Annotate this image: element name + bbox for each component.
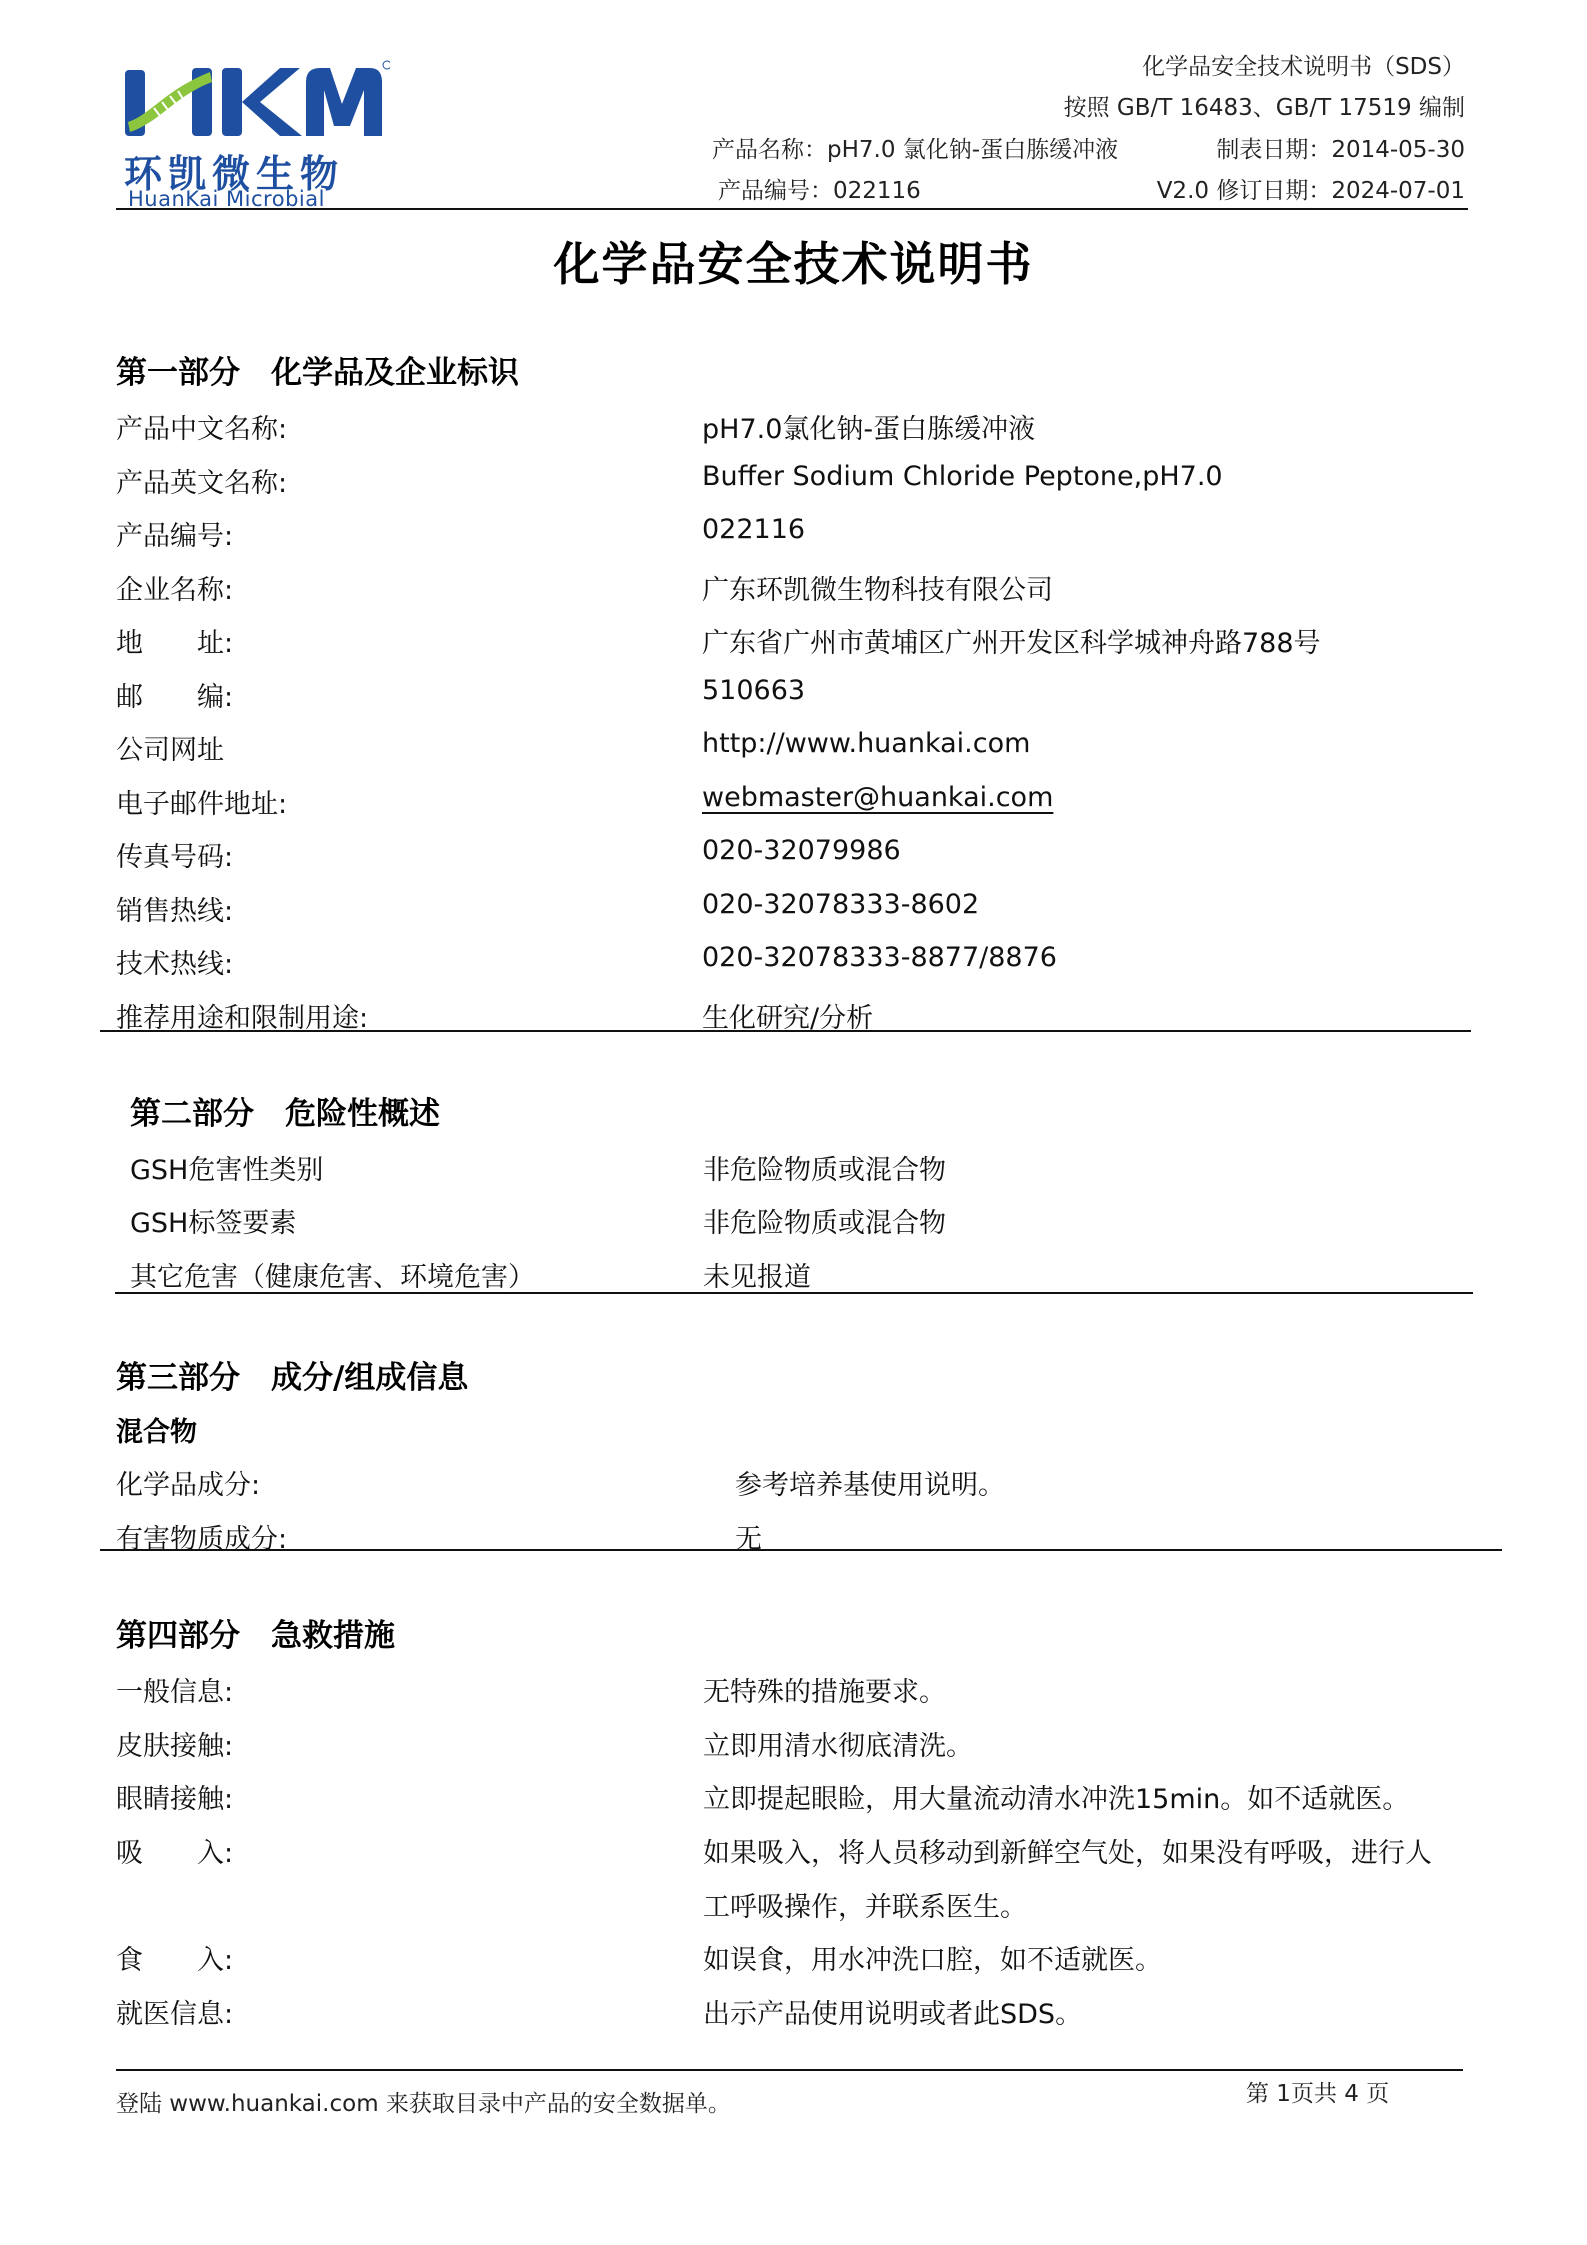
product-name-en-value: Buffer Sodium Chloride Peptone,pH7.0: [702, 461, 1223, 492]
footer-divider: [116, 2069, 1463, 2071]
header-product-name: 产品名称：pH7.0 氯化钠-蛋白胨缓冲液: [712, 131, 1118, 164]
header-product-code-label: 产品编号：: [718, 178, 833, 204]
ingestion-value: 如误食，用水冲洗口腔，如不适就医。: [703, 1938, 1162, 1977]
row-label: GSH危害性类别: [130, 1148, 323, 1187]
hkm-logo-icon: [120, 60, 390, 140]
email-link[interactable]: webmaster@huankai.com: [702, 782, 1053, 813]
header-divider: [116, 208, 1468, 210]
row-label: 一般信息:: [116, 1670, 233, 1709]
fax-value: 020-32079986: [702, 835, 901, 866]
header-created-label: 制表日期：: [1216, 137, 1331, 163]
website-link[interactable]: http://www.huankai.com: [702, 728, 1030, 759]
inhalation-value-continued: 工呼吸操作，并联系医生。: [703, 1885, 1027, 1924]
product-code-value: 022116: [702, 514, 805, 545]
row-label: 就医信息:: [116, 1992, 233, 2031]
header-doc-type: 化学品安全技术说明书（SDS）: [1142, 48, 1465, 81]
section-3-title: 第三部分 成分/组成信息: [116, 1352, 468, 1397]
row-label: 食 入:: [116, 1938, 233, 1977]
section-4-title: 第四部分 急救措施: [116, 1610, 395, 1655]
row-label: 眼睛接触:: [116, 1777, 233, 1816]
header-product-code: 产品编号：022116: [718, 172, 921, 205]
footer-note: 登陆 www.huankai.com 来获取目录中产品的安全数据单。: [116, 2085, 731, 2118]
page-indicator: 第 1页共 4 页: [1246, 2075, 1389, 2108]
sales-hotline-value: 020-32078333-8602: [702, 889, 979, 920]
row-label: 邮 编:: [116, 675, 233, 714]
row-label: 其它危害（健康危害、环境危害）: [130, 1255, 535, 1294]
row-label: GSH标签要素: [130, 1201, 296, 1240]
row-label: 销售热线:: [116, 889, 233, 928]
header-created-value: 2014-05-30: [1331, 137, 1465, 163]
document-title: 化学品安全技术说明书: [0, 228, 1587, 294]
chemical-composition-value: 参考培养基使用说明。: [735, 1463, 1005, 1502]
section-1-title: 第一部分 化学品及企业标识: [116, 347, 519, 392]
header-revision-label: V2.0 修订日期：: [1157, 178, 1332, 204]
header-product-code-value: 022116: [833, 178, 921, 204]
row-label: 传真号码:: [116, 835, 233, 874]
header-created-date: 制表日期：2014-05-30: [1216, 131, 1465, 164]
row-label: 电子邮件地址:: [116, 782, 287, 821]
header-product-name-value: pH7.0 氯化钠-蛋白胨缓冲液: [827, 137, 1118, 163]
row-label: 产品编号:: [116, 514, 233, 553]
general-info-value: 无特殊的措施要求。: [703, 1670, 946, 1709]
ghs-class-value: 非危险物质或混合物: [703, 1148, 946, 1187]
company-name-value: 广东环凯微生物科技有限公司: [702, 568, 1053, 607]
row-label: 公司网址: [116, 728, 224, 767]
header-revision-value: 2024-07-01: [1331, 178, 1465, 204]
row-label: 吸 入:: [116, 1831, 233, 1870]
header-standard: 按照 GB/T 16483、GB/T 17519 编制: [1064, 89, 1465, 122]
tech-hotline-value: 020-32078333-8877/8876: [702, 942, 1057, 973]
row-label: 企业名称:: [116, 568, 233, 607]
company-logo: 环凯微生物 HuanKai Microbial: [120, 55, 400, 205]
medical-info-value: 出示产品使用说明或者此SDS。: [703, 1992, 1082, 2031]
row-label: 地 址:: [116, 621, 233, 660]
section-1-divider: [100, 1030, 1471, 1032]
postcode-value: 510663: [702, 675, 805, 706]
row-label: 产品英文名称:: [116, 461, 287, 500]
skin-contact-value: 立即用清水彻底清洗。: [703, 1724, 973, 1763]
section-3-subtitle: 混合物: [116, 1410, 197, 1449]
ghs-label-value: 非危险物质或混合物: [703, 1201, 946, 1240]
row-label: 产品中文名称:: [116, 407, 287, 446]
product-name-cn-value: pH7.0氯化钠-蛋白胨缓冲液: [702, 407, 1035, 446]
section-2-title: 第二部分 危险性概述: [130, 1088, 440, 1133]
other-hazards-value: 未见报道: [703, 1255, 811, 1294]
inhalation-value: 如果吸入，将人员移动到新鲜空气处，如果没有呼吸，进行人: [703, 1831, 1432, 1870]
header-product-name-label: 产品名称：: [712, 137, 827, 163]
section-3-divider: [100, 1549, 1502, 1551]
row-label: 皮肤接触:: [116, 1724, 233, 1763]
row-label: 化学品成分:: [116, 1463, 260, 1502]
header-revision-date: V2.0 修订日期：2024-07-01: [1157, 172, 1465, 205]
address-value: 广东省广州市黄埔区广州开发区科学城神舟路788号: [702, 621, 1321, 660]
row-label: 技术热线:: [116, 942, 233, 981]
section-2-divider: [115, 1292, 1473, 1294]
eye-contact-value: 立即提起眼睑，用大量流动清水冲洗15min。如不适就医。: [703, 1777, 1409, 1816]
